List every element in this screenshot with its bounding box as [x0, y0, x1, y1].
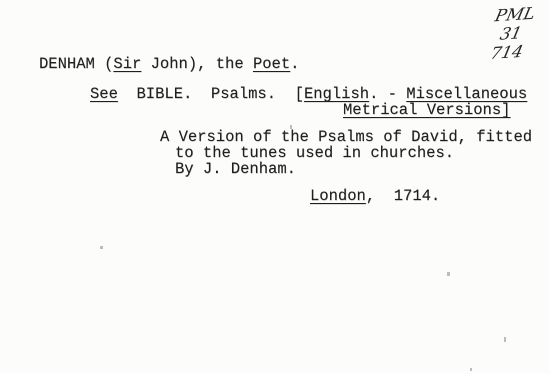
imprint: London, 1714.: [310, 188, 440, 204]
metrical-versions-underlined: Metrical Versions]: [343, 101, 510, 119]
title-line-1: A Version of the Psalms of David, fitted: [160, 129, 532, 145]
heading-poet-underlined: Poet: [253, 55, 290, 73]
see-reference-line-2: Metrical Versions]: [343, 102, 510, 118]
heading-sir-underlined: Sir: [113, 55, 141, 73]
scan-speck: [504, 337, 506, 342]
see-reference-body: BIBLE. Psalms. [: [118, 85, 304, 103]
call-number-line-3: 714: [472, 41, 541, 64]
title-line-3: By J. Denham.: [175, 161, 296, 177]
see-word-underlined: See: [90, 85, 118, 103]
scan-speck: [447, 272, 450, 276]
heading-suffix: .: [290, 55, 299, 73]
title-line-2: to the tunes used in churches.: [175, 145, 454, 161]
imprint-place-underlined: London: [310, 187, 366, 205]
call-number: PML 31 714: [472, 3, 549, 64]
see-reference-line-1: See BIBLE. Psalms. [English. - Miscellan…: [90, 86, 527, 102]
scan-speck: [290, 125, 292, 129]
heading-middle: John), the: [141, 55, 253, 73]
heading: DENHAM (Sir John), the Poet.: [39, 56, 299, 72]
imprint-date: , 1714.: [366, 187, 440, 205]
heading-prefix: DENHAM (: [39, 55, 113, 73]
scan-speck: [100, 246, 103, 249]
catalog-card: PML 31 714 DENHAM (Sir John), the Poet. …: [0, 0, 550, 374]
scan-speck: [470, 368, 472, 371]
